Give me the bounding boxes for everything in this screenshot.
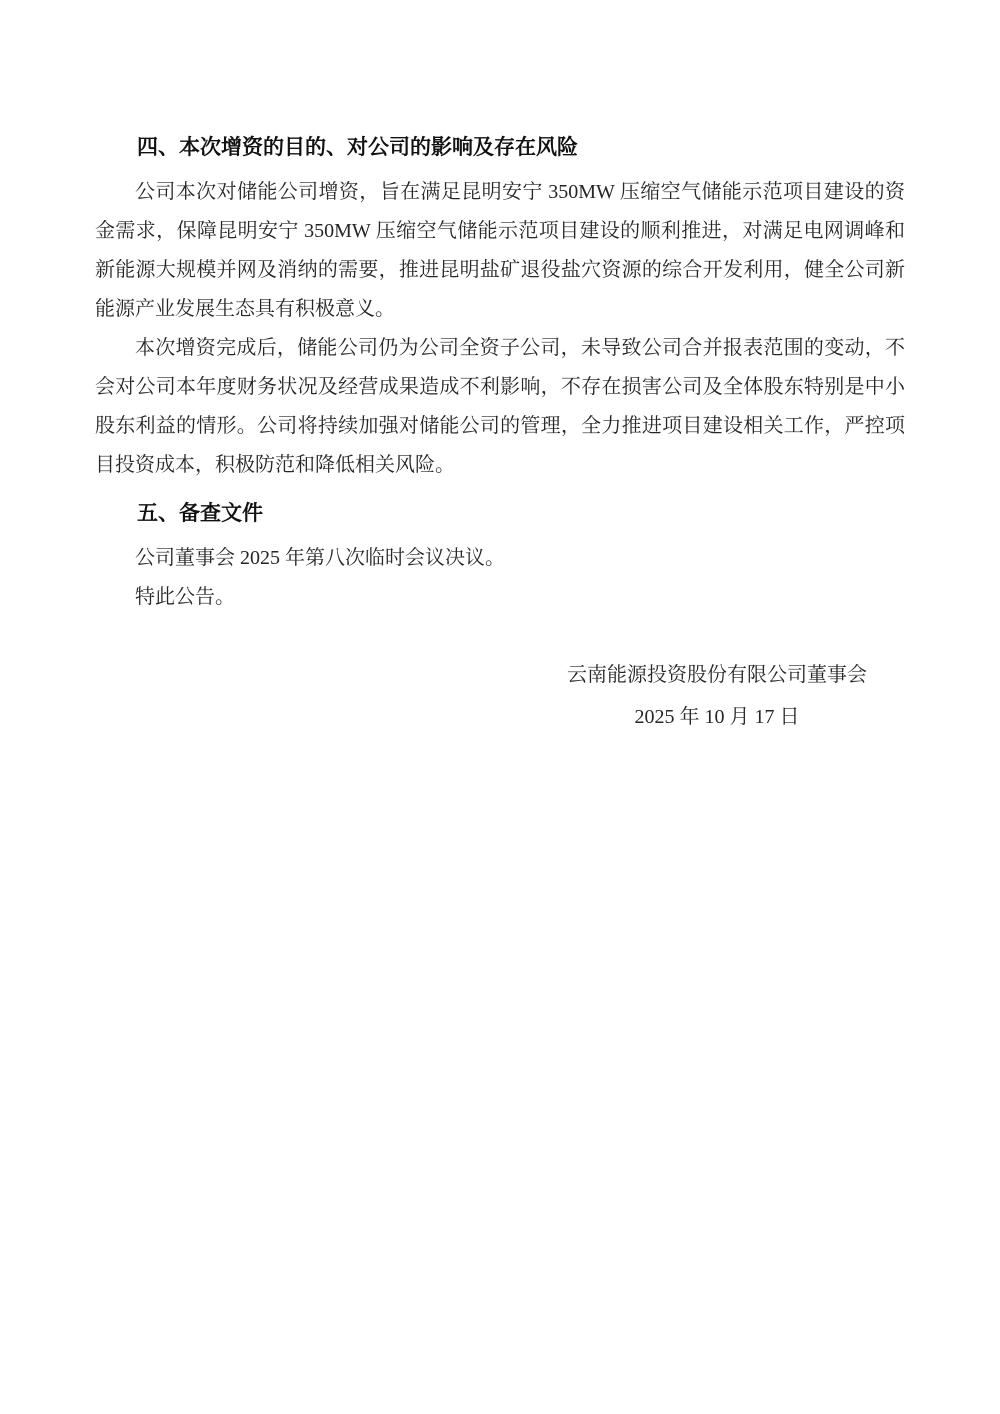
paragraph-line: 本次增资完成后，储能公司仍为公司全资子公司，未导致公司合并报表范围的变动，不: [95, 329, 905, 368]
paragraph-line: 新能源大规模并网及消纳的需要，推进昆明盐矿退役盐穴资源的综合开发利用，健全公司新: [95, 251, 905, 290]
paragraph-line: 目投资成本，积极防范和降低相关风险。: [95, 446, 905, 485]
closing-announcement-line: 特此公告。: [95, 578, 905, 617]
section-heading-reference-documents: 五、备查文件: [95, 494, 905, 533]
paragraph-line: 能源产业发展生态具有积极意义。: [95, 290, 905, 329]
paragraph-line: 公司本次对储能公司增资，旨在满足昆明安宁 350MW 压缩空气储能示范项目建设的…: [95, 173, 905, 212]
signature-date: 2025 年 10 月 17 日: [567, 698, 867, 737]
paragraph-line: 股东利益的情形。公司将持续加强对储能公司的管理，全力推进项目建设相关工作，严控项: [95, 407, 905, 446]
signature-company: 云南能源投资股份有限公司董事会: [567, 656, 867, 695]
document-content: 四、本次增资的目的、对公司的影响及存在风险 公司本次对储能公司增资，旨在满足昆明…: [95, 128, 905, 737]
paragraph-impact: 本次增资完成后，储能公司仍为公司全资子公司，未导致公司合并报表范围的变动，不 会…: [95, 329, 905, 485]
paragraph-line: 会对公司本年度财务状况及经营成果造成不利影响，不存在损害公司及全体股东特别是中小: [95, 368, 905, 407]
document-page: 四、本次增资的目的、对公司的影响及存在风险 公司本次对储能公司增资，旨在满足昆明…: [0, 0, 1000, 1414]
paragraph-line: 金需求，保障昆明安宁 350MW 压缩空气储能示范项目建设的顺利推进，对满足电网…: [95, 212, 905, 251]
reference-document-line: 公司董事会 2025 年第八次临时会议决议。: [95, 539, 905, 578]
paragraph-purpose: 公司本次对储能公司增资，旨在满足昆明安宁 350MW 压缩空气储能示范项目建设的…: [95, 173, 905, 329]
section-heading-purpose-impact-risk: 四、本次增资的目的、对公司的影响及存在风险: [95, 128, 905, 167]
signature-block: 云南能源投资股份有限公司董事会 2025 年 10 月 17 日: [567, 656, 867, 737]
